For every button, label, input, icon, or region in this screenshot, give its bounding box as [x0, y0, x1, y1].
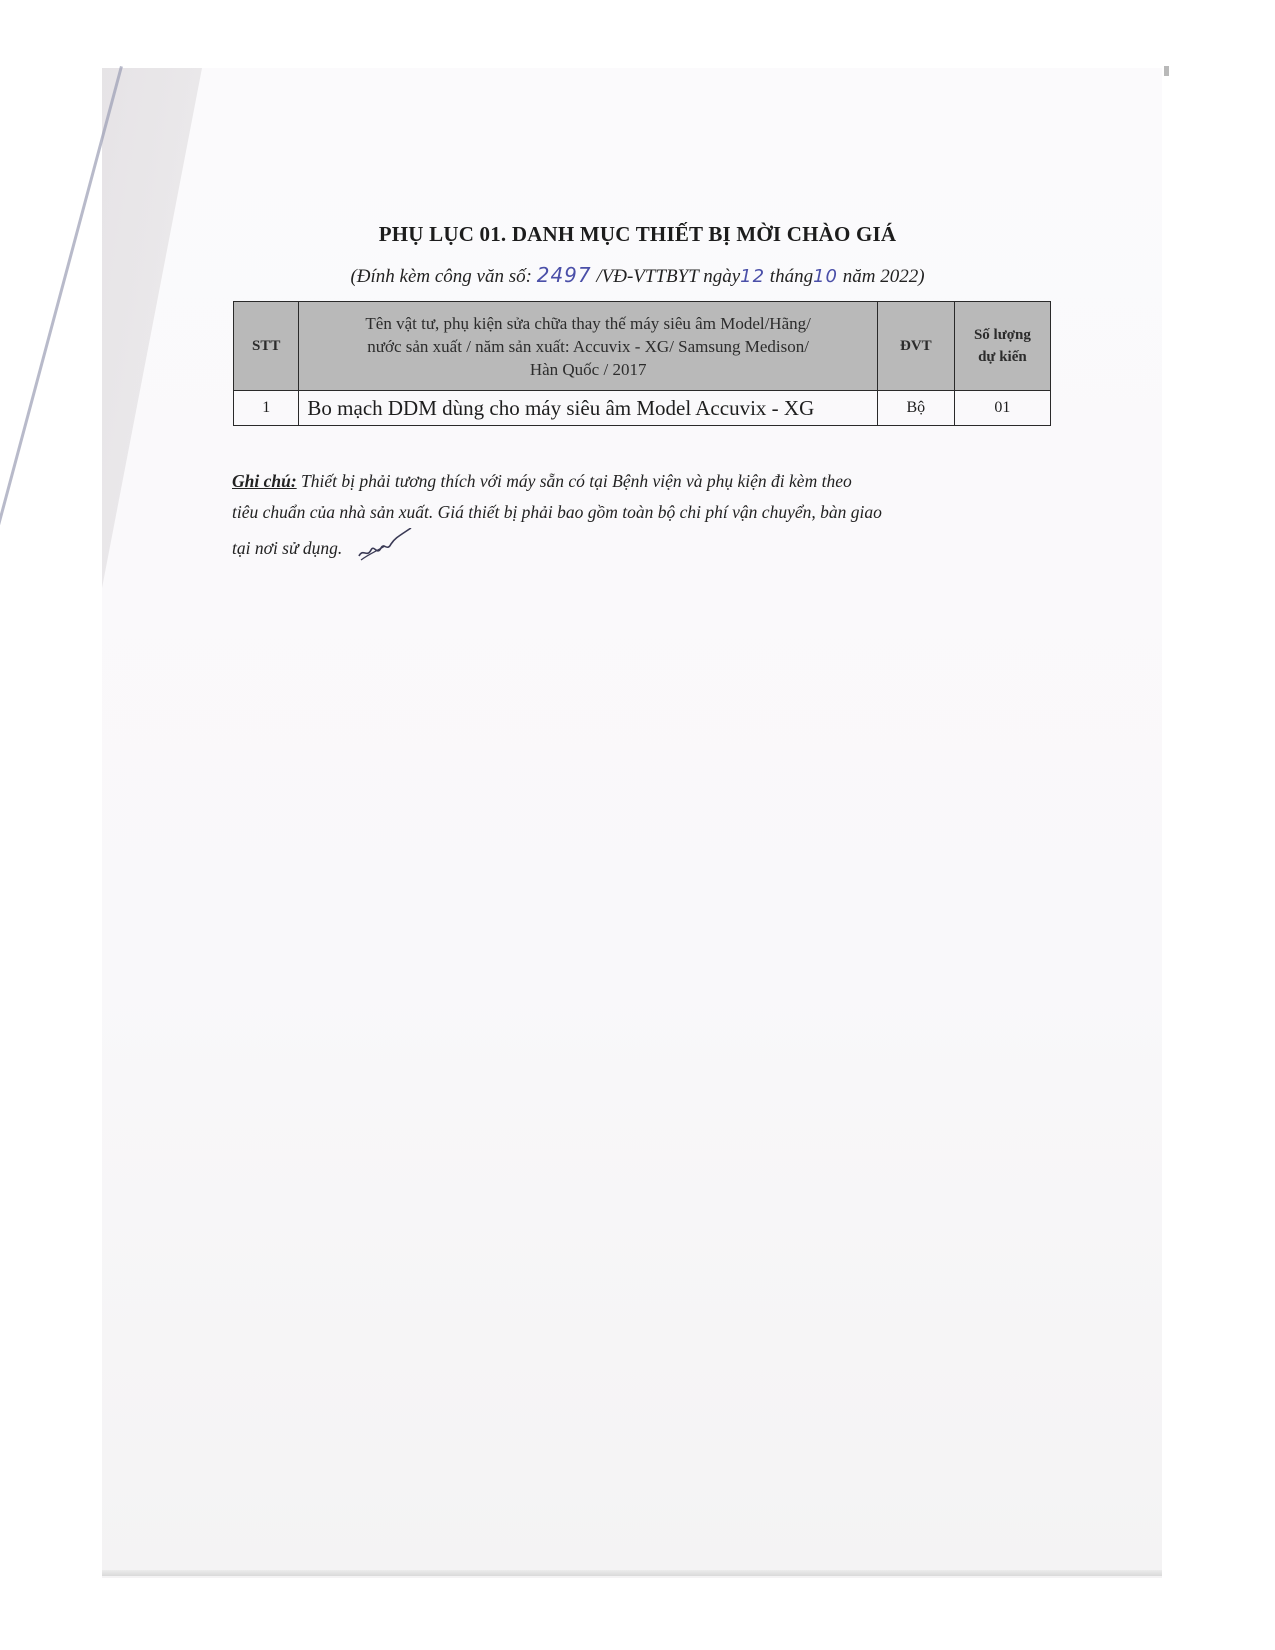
scanned-page: PHỤ LỤC 01. DANH MỤC THIẾT BỊ MỜI CHÀO G… — [0, 0, 1275, 1650]
note-line: tiêu chuẩn của nhà sản xuất. Giá thiết b… — [232, 497, 1022, 528]
note-block: Ghi chú: Thiết bị phải tương thích với m… — [232, 466, 1022, 572]
cell-item-name: Bo mạch DDM dùng cho máy siêu âm Model A… — [299, 391, 877, 426]
handwritten-doc-number: 2497 — [537, 263, 592, 287]
initials-signature-icon — [355, 528, 415, 572]
note-line: tại nơi sử dụng. — [232, 528, 1022, 572]
paper-sheet — [102, 68, 1162, 1578]
subtitle-doc-code: /VĐ-VTTBYT ngày — [596, 266, 740, 287]
header-name-line: Tên vật tư, phụ kiện sửa chữa thay thế m… — [309, 312, 866, 335]
header-item-name: Tên vật tư, phụ kiện sửa chữa thay thế m… — [299, 302, 877, 391]
table-header-row: STT Tên vật tư, phụ kiện sửa chữa thay t… — [234, 302, 1051, 391]
subtitle-year: năm 2022) — [843, 266, 925, 287]
table-row: 1 Bo mạch DDM dùng cho máy siêu âm Model… — [234, 391, 1051, 426]
cell-unit: Bộ — [877, 391, 954, 426]
header-qty-line: dự kiến — [959, 346, 1046, 368]
document-title: PHỤ LỤC 01. DANH MỤC THIẾT BỊ MỜI CHÀO G… — [0, 222, 1275, 247]
paper-bottom-edge — [102, 1570, 1162, 1576]
note-line: Ghi chú: Thiết bị phải tương thích với m… — [232, 466, 1022, 497]
handwritten-day: 12 — [740, 266, 765, 287]
cell-quantity: 01 — [954, 391, 1050, 426]
header-stt: STT — [234, 302, 299, 391]
cell-stt: 1 — [234, 391, 299, 426]
equipment-table: STT Tên vật tư, phụ kiện sửa chữa thay t… — [233, 301, 1051, 426]
subtitle-month-label: tháng — [770, 266, 813, 287]
header-name-line: Hàn Quốc / 2017 — [309, 358, 866, 381]
header-name-line: nước sản xuất / năm sản xuất: Accuvix - … — [309, 335, 866, 358]
subtitle-prefix: (Đính kèm công văn số: — [350, 266, 532, 287]
scan-artifact-mark — [1164, 66, 1169, 76]
note-label: Ghi chú: — [232, 471, 297, 491]
header-qty-line: Số lượng — [959, 324, 1046, 346]
note-text: tại nơi sử dụng. — [232, 538, 342, 558]
handwritten-month: 10 — [813, 266, 838, 287]
note-text: Thiết bị phải tương thích với máy sẵn có… — [297, 471, 852, 491]
header-unit: ĐVT — [877, 302, 954, 391]
header-quantity: Số lượng dự kiến — [954, 302, 1050, 391]
document-subtitle: (Đính kèm công văn số: 2497 /VĐ-VTTBYT n… — [0, 263, 1275, 288]
